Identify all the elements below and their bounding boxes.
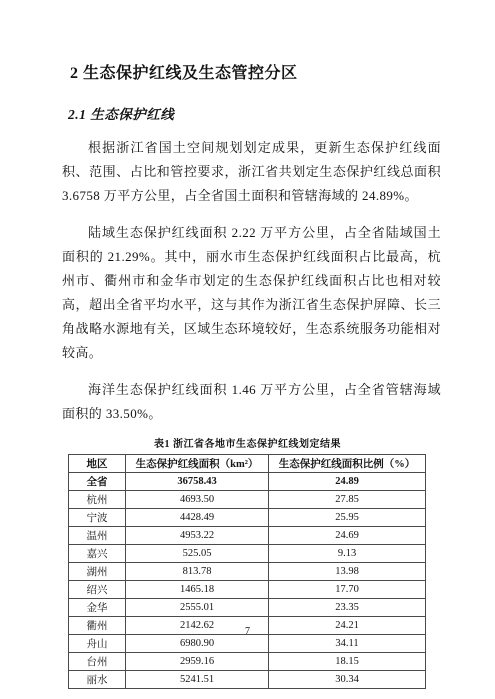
table-row: 台州2959.1618.15 <box>69 653 426 671</box>
cell-area: 4693.50 <box>126 491 269 509</box>
cell-area: 813.78 <box>126 563 269 581</box>
cell-area: 4428.49 <box>126 509 269 527</box>
cell-region: 宁波 <box>69 509 126 527</box>
paragraph-redline-total: 根据浙江省国土空间规划划定成果，更新生态保护红线面积、范围、占比和管控要求，浙江… <box>62 136 441 208</box>
page-content: 2 生态保护红线及生态管控分区 2.1 生态保护红线 根据浙江省国土空间规划划定… <box>0 0 495 689</box>
cell-area: 6980.90 <box>126 635 269 653</box>
table-row: 舟山6980.9034.11 <box>69 635 426 653</box>
cell-region: 舟山 <box>69 635 126 653</box>
cell-area: 1465.18 <box>126 581 269 599</box>
section-heading: 2 生态保护红线及生态管控分区 <box>70 64 441 84</box>
cell-ratio: 30.34 <box>269 671 426 689</box>
cell-region: 湖州 <box>69 563 126 581</box>
paragraph-land-redline: 陆域生态保护红线面积 2.22 万平方公里，占全省陆域国土面积的 21.29%。… <box>62 221 441 365</box>
cell-region: 杭州 <box>69 491 126 509</box>
table-row: 丽水5241.5130.34 <box>69 671 426 689</box>
redline-table: 地区 生态保护红线面积（km²） 生态保护红线面积比例（%） 全省36758.4… <box>68 454 426 689</box>
cell-area: 525.05 <box>126 545 269 563</box>
cell-region: 金华 <box>69 599 126 617</box>
cell-region: 温州 <box>69 527 126 545</box>
table-row: 温州4953.2224.69 <box>69 527 426 545</box>
cell-area: 5241.51 <box>126 671 269 689</box>
cell-ratio: 24.89 <box>269 473 426 491</box>
cell-area: 2959.16 <box>126 653 269 671</box>
cell-ratio: 34.11 <box>269 635 426 653</box>
table-row: 金华2555.0123.35 <box>69 599 426 617</box>
cell-area: 36758.43 <box>126 473 269 491</box>
table-body: 全省36758.4324.89杭州4693.5027.85宁波4428.4925… <box>69 473 426 689</box>
cell-ratio: 13.98 <box>269 563 426 581</box>
cell-region: 丽水 <box>69 671 126 689</box>
cell-ratio: 27.85 <box>269 491 426 509</box>
cell-ratio: 18.15 <box>269 653 426 671</box>
cell-ratio: 9.13 <box>269 545 426 563</box>
table-row: 宁波4428.4925.95 <box>69 509 426 527</box>
header-cell-region: 地区 <box>69 455 126 473</box>
cell-region: 全省 <box>69 473 126 491</box>
cell-region: 绍兴 <box>69 581 126 599</box>
cell-ratio: 17.70 <box>269 581 426 599</box>
table-row: 绍兴1465.1817.70 <box>69 581 426 599</box>
cell-region: 台州 <box>69 653 126 671</box>
table-row: 嘉兴525.059.13 <box>69 545 426 563</box>
table-row: 湖州813.7813.98 <box>69 563 426 581</box>
table-row: 杭州4693.5027.85 <box>69 491 426 509</box>
table-row: 全省36758.4324.89 <box>69 473 426 491</box>
cell-ratio: 23.35 <box>269 599 426 617</box>
header-cell-area: 生态保护红线面积（km²） <box>126 455 269 473</box>
paragraph-marine-redline: 海洋生态保护红线面积 1.46 万平方公里，占全省管辖海域面积的 33.50%。 <box>62 378 441 426</box>
cell-ratio: 24.69 <box>269 527 426 545</box>
cell-ratio: 25.95 <box>269 509 426 527</box>
cell-region: 嘉兴 <box>69 545 126 563</box>
page-number: 7 <box>0 626 495 637</box>
header-cell-ratio: 生态保护红线面积比例（%） <box>269 455 426 473</box>
table-header-row: 地区 生态保护红线面积（km²） 生态保护红线面积比例（%） <box>69 455 426 473</box>
subsection-heading: 2.1 生态保护红线 <box>68 106 441 123</box>
cell-area: 2555.01 <box>126 599 269 617</box>
table-caption: 表1 浙江省各地市生态保护红线划定结果 <box>68 435 427 450</box>
document-page: 2 生态保护红线及生态管控分区 2.1 生态保护红线 根据浙江省国土空间规划划定… <box>0 0 495 699</box>
cell-area: 4953.22 <box>126 527 269 545</box>
